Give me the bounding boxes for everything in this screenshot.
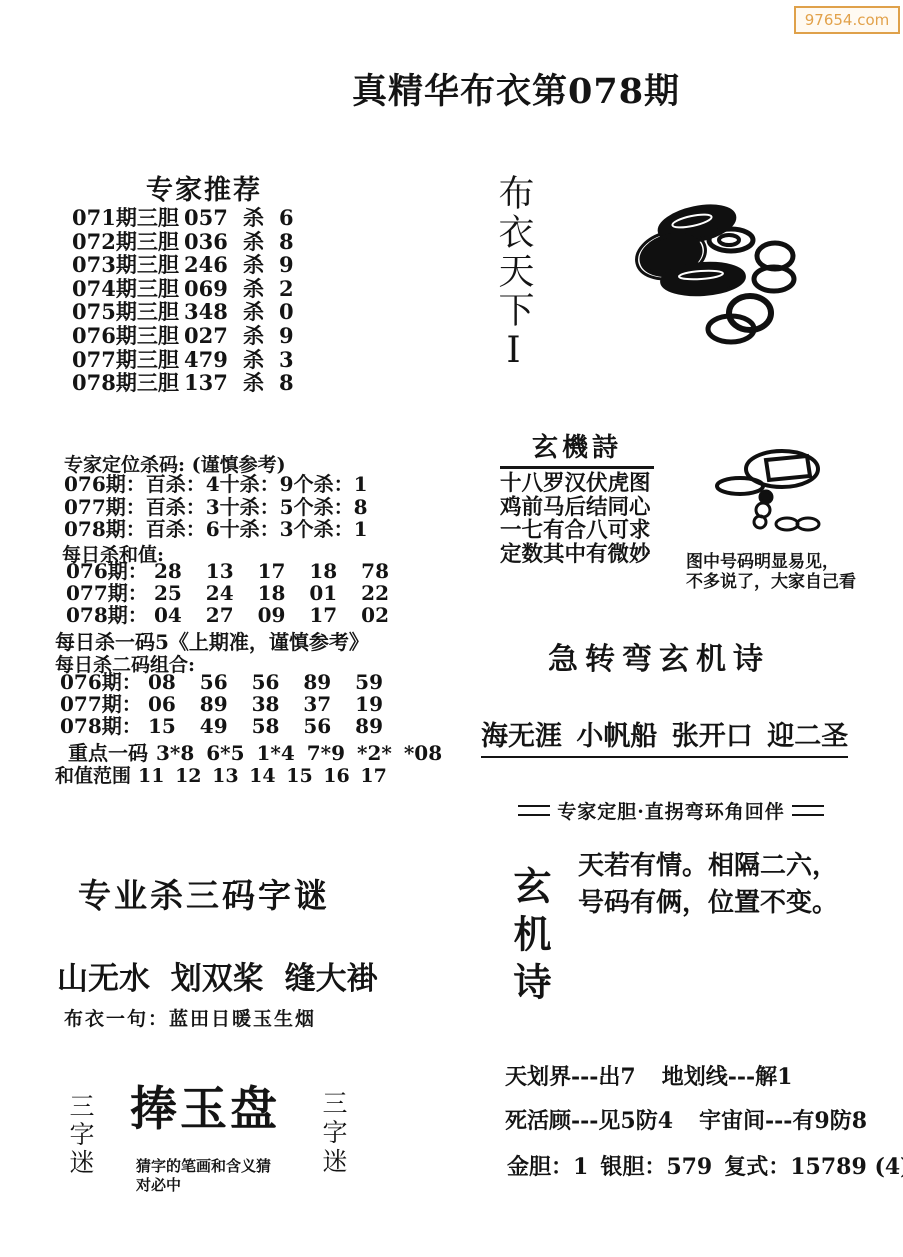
mystery-poem-box: 玄機詩 十八罗汉伏虎图 鸡前马后结同心 一七有合八可求 定数其中有微妙 bbox=[500, 427, 654, 566]
row-dan: 246 bbox=[184, 253, 243, 277]
bottom-prediction-row: 死活顾---见5防4宇宙间---有9防8 bbox=[505, 1104, 893, 1135]
doodle-caption: 图中号码明显易见， 不多说了，大家自己看 bbox=[686, 552, 856, 592]
double-line-right bbox=[792, 805, 824, 816]
sharp-turn-subtitle-row: 专家定胆·直拐弯环角回伴 bbox=[505, 797, 837, 824]
bottom-prediction-row: 金胆：1银胆：579复式：15789 (4) bbox=[507, 1150, 903, 1181]
row-kill-label: 杀 bbox=[243, 371, 279, 395]
sum-range-line: 和值范围11 12 13 14 15 16 17 bbox=[55, 761, 387, 788]
page-title: 真精华布衣第078期 bbox=[352, 64, 680, 114]
row-values: 15 49 58 56 89 bbox=[148, 716, 383, 738]
kill-three-riddle-heading: 专业杀三码字谜 bbox=[78, 870, 330, 917]
sum-range-label: 和值范围 bbox=[55, 765, 131, 787]
expert-row: 074期三胆069杀2 bbox=[72, 277, 294, 301]
expert-row: 077期三胆479杀3 bbox=[72, 348, 294, 372]
three-char-riddle-note: 对必中 bbox=[136, 1174, 181, 1195]
expert-recommend-list: 071期三胆057杀6 072期三胆036杀8 073期三胆246杀9 074期… bbox=[72, 206, 294, 395]
row-issue: 074期三胆 bbox=[72, 277, 184, 301]
double-line-left bbox=[518, 805, 550, 816]
xuanji-line: 天若有情。相隔二六， bbox=[578, 848, 838, 885]
poem-line: 一七有合八可求 bbox=[500, 519, 654, 543]
row-kill-label: 杀 bbox=[243, 206, 279, 230]
row-issue: 076期： bbox=[66, 561, 154, 583]
mystery-poem-title: 玄機詩 bbox=[500, 427, 654, 469]
row-values: 06 89 38 37 19 bbox=[148, 694, 383, 716]
row-values: 08 56 56 89 59 bbox=[148, 672, 383, 694]
prediction-item: 地划线---解1 bbox=[662, 1064, 793, 1090]
row-dan: 069 bbox=[184, 277, 243, 301]
row-dan: 479 bbox=[184, 348, 243, 372]
row-issue: 077期三胆 bbox=[72, 348, 184, 372]
buyi-sentence: 布衣一句：蓝田日暖玉生烟 bbox=[64, 1004, 316, 1031]
row-dan: 137 bbox=[184, 371, 243, 395]
sharp-turn-poem-line: 海无涯 小帆船 张开口 迎二圣 bbox=[481, 714, 848, 758]
ink-blob-doodle bbox=[560, 193, 840, 358]
row-issue: 072期三胆 bbox=[72, 230, 184, 254]
watermark-badge: 97654.com bbox=[794, 6, 900, 34]
daily-kill-sum-rows: 076期：28 13 17 18 78 077期：25 24 18 01 22 … bbox=[66, 561, 389, 626]
sharp-turn-subtitle: 专家定胆·直拐弯环角回伴 bbox=[557, 797, 785, 824]
row-issue: 076期： bbox=[60, 672, 148, 694]
doodle-caption-line: 图中号码明显易见， bbox=[686, 552, 856, 572]
row-kill-num: 0 bbox=[279, 300, 294, 324]
row-kill-label: 杀 bbox=[243, 324, 279, 348]
expert-row: 075期三胆348杀0 bbox=[72, 300, 294, 324]
row-dan: 036 bbox=[184, 230, 243, 254]
row-kill-label: 杀 bbox=[243, 277, 279, 301]
row-kill-label: 杀 bbox=[243, 348, 279, 372]
position-kill-rows: 076期：百杀：4十杀：9个杀：1 077期：百杀：3十杀：5个杀：8 078期… bbox=[64, 473, 368, 541]
position-kill-row: 078期：百杀：6十杀：3个杀：1 bbox=[64, 518, 368, 541]
sum-range-values: 11 12 13 14 15 16 17 bbox=[138, 765, 387, 787]
expert-row: 072期三胆036杀8 bbox=[72, 230, 294, 254]
sharp-turn-poem-title: 急转弯玄机诗 bbox=[548, 634, 770, 678]
row-kill-num: 8 bbox=[279, 371, 294, 395]
kill-three-riddle-line: 山无水 划双桨 缝大褂 bbox=[57, 953, 378, 998]
brand-vertical-title: 布衣天下I bbox=[488, 174, 539, 374]
position-kill-row: 076期：百杀：4十杀：9个杀：1 bbox=[64, 473, 368, 496]
row-kill-num: 2 bbox=[279, 277, 294, 301]
xuanji-line: 号码有俩，位置不变。 bbox=[578, 885, 838, 922]
prediction-item: 天划界---出7 bbox=[505, 1064, 636, 1090]
row-kill-num: 3 bbox=[279, 348, 294, 372]
row-kill-num: 6 bbox=[279, 206, 294, 230]
row-issue: 078期三胆 bbox=[72, 371, 184, 395]
row-issue: 076期三胆 bbox=[72, 324, 184, 348]
poem-line: 十八罗汉伏虎图 bbox=[500, 472, 654, 496]
silver-dan: 银胆：579 bbox=[600, 1154, 712, 1180]
row-kill-num: 9 bbox=[279, 324, 294, 348]
row-issue: 073期三胆 bbox=[72, 253, 184, 277]
expert-recommend-heading: 专家推荐 bbox=[146, 168, 262, 207]
position-kill-row: 077期：百杀：3十杀：5个杀：8 bbox=[64, 496, 368, 519]
row-dan: 348 bbox=[184, 300, 243, 324]
row-dan: 027 bbox=[184, 324, 243, 348]
daily-kill-two-row: 077期：06 89 38 37 19 bbox=[60, 694, 383, 716]
row-kill-label: 杀 bbox=[243, 253, 279, 277]
lottery-tip-sheet: 97654.com 真精华布衣第078期 专家推荐 071期三胆057杀6 07… bbox=[0, 0, 903, 1257]
xuanji-poem-vertical-title: 玄机诗 bbox=[502, 866, 557, 1010]
three-char-riddle-label-right: 三字迷 bbox=[315, 1090, 351, 1177]
daily-kill-two-row: 078期：15 49 58 56 89 bbox=[60, 716, 383, 738]
row-issue: 071期三胆 bbox=[72, 206, 184, 230]
xuanji-poem-text: 天若有情。相隔二六， 号码有俩，位置不变。 bbox=[578, 848, 838, 922]
expert-row: 076期三胆027杀9 bbox=[72, 324, 294, 348]
row-issue: 077期： bbox=[60, 694, 148, 716]
expert-row: 071期三胆057杀6 bbox=[72, 206, 294, 230]
row-kill-label: 杀 bbox=[243, 230, 279, 254]
three-char-riddle-answer: 捧玉盘 bbox=[130, 1072, 280, 1139]
prediction-item: 宇宙间---有9防8 bbox=[699, 1108, 867, 1134]
daily-kill-sum-row: 076期：28 13 17 18 78 bbox=[66, 561, 389, 583]
complex-numbers: 复式：15789 (4) bbox=[724, 1154, 903, 1180]
row-values: 04 27 09 17 02 bbox=[154, 605, 389, 627]
bottom-prediction-row: 天划界---出7地划线---解1 bbox=[505, 1060, 818, 1091]
row-dan: 057 bbox=[184, 206, 243, 230]
poem-line: 鸡前马后结同心 bbox=[500, 496, 654, 520]
daily-kill-two-rows: 076期：08 56 56 89 59 077期：06 89 38 37 19 … bbox=[60, 672, 383, 737]
row-issue: 077期： bbox=[66, 583, 154, 605]
number-circles-doodle bbox=[700, 443, 840, 538]
poem-line: 定数其中有微妙 bbox=[500, 543, 654, 567]
three-char-riddle-note: 猜字的笔画和含义猜 bbox=[136, 1155, 271, 1176]
row-kill-num: 9 bbox=[279, 253, 294, 277]
three-char-riddle-label-left: 三字迷 bbox=[62, 1093, 98, 1177]
daily-kill-sum-row: 078期：04 27 09 17 02 bbox=[66, 605, 389, 627]
row-issue: 075期三胆 bbox=[72, 300, 184, 324]
prediction-item: 死活顾---见5防4 bbox=[505, 1108, 673, 1134]
row-issue: 078期： bbox=[66, 605, 154, 627]
row-kill-num: 8 bbox=[279, 230, 294, 254]
row-values: 25 24 18 01 22 bbox=[154, 583, 389, 605]
daily-kill-two-row: 076期：08 56 56 89 59 bbox=[60, 672, 383, 694]
daily-kill-sum-row: 077期：25 24 18 01 22 bbox=[66, 583, 389, 605]
doodle-caption-line: 不多说了，大家自己看 bbox=[686, 572, 856, 592]
row-issue: 078期： bbox=[60, 716, 148, 738]
expert-row: 078期三胆137杀8 bbox=[72, 371, 294, 395]
row-values: 28 13 17 18 78 bbox=[154, 561, 389, 583]
row-kill-label: 杀 bbox=[243, 300, 279, 324]
expert-row: 073期三胆246杀9 bbox=[72, 253, 294, 277]
gold-dan: 金胆：1 bbox=[507, 1154, 588, 1180]
mystery-poem-lines: 十八罗汉伏虎图 鸡前马后结同心 一七有合八可求 定数其中有微妙 bbox=[500, 472, 654, 566]
